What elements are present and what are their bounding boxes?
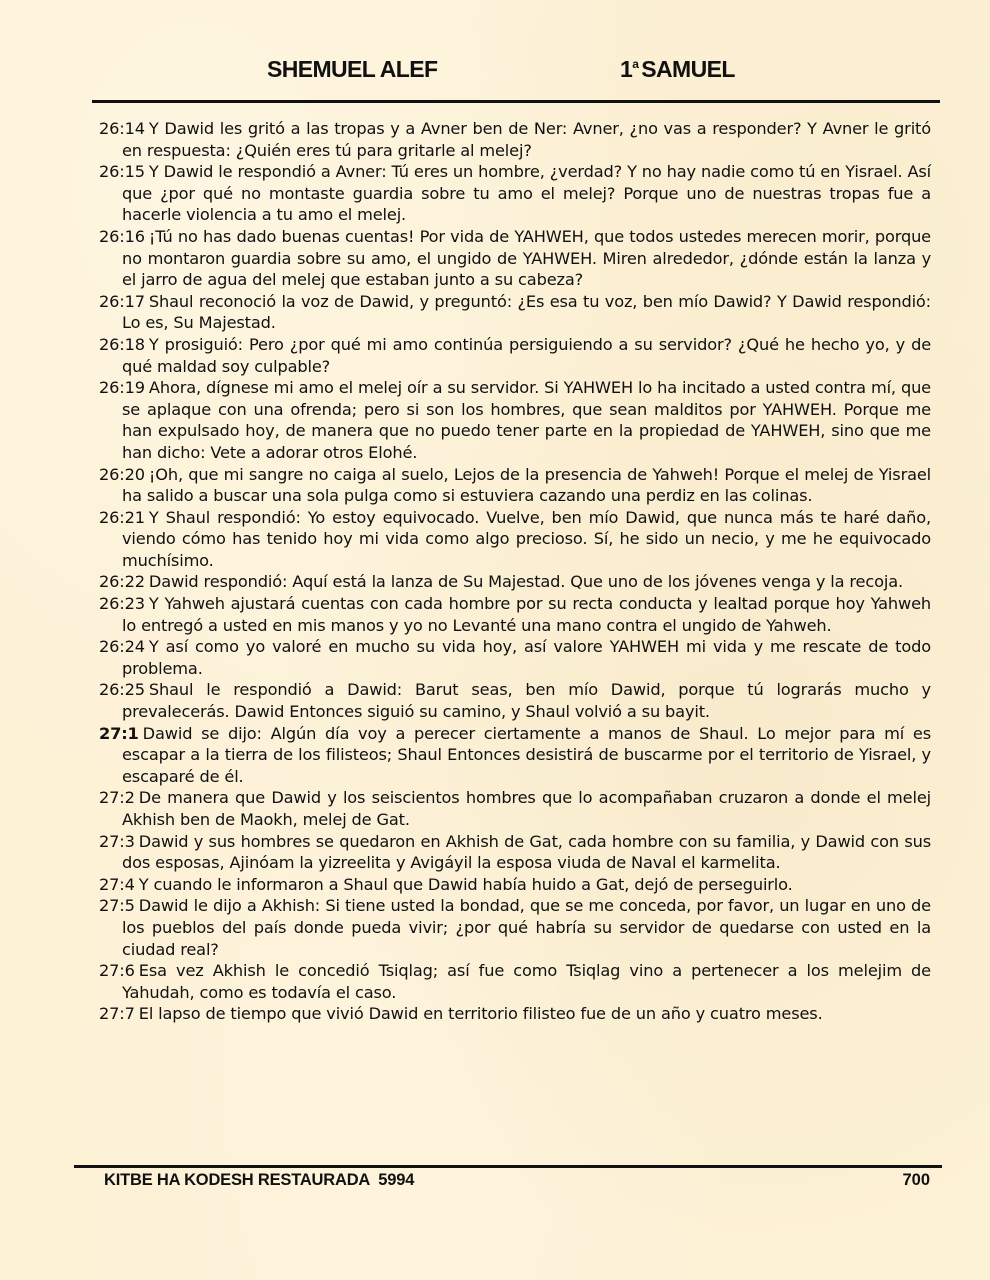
- verse: 26:22Dawid respondió: Aquí está la lanza…: [99, 571, 931, 593]
- verse-reference: 27:3: [99, 832, 135, 851]
- verse-reference: 26:15: [99, 162, 145, 181]
- verse-text: El lapso de tiempo que vivió Dawid en te…: [139, 1004, 823, 1023]
- verse: 27:4Y cuando le informaron a Shaul que D…: [99, 874, 931, 896]
- verse-reference: 26:19: [99, 378, 145, 397]
- verse-text: Dawid respondió: Aquí está la lanza de S…: [149, 572, 903, 591]
- verse-list: 26:14Y Dawid les gritó a las tropas y a …: [99, 118, 931, 1025]
- verse: 26:24Y así como yo valoré en mucho su vi…: [99, 636, 931, 679]
- verse-reference: 26:21: [99, 508, 145, 527]
- verse-text: Dawid y sus hombres se quedaron en Akhis…: [122, 832, 931, 873]
- footer-divider: [74, 1165, 942, 1168]
- verse-text: ¡Oh, que mi sangre no caiga al suelo, Le…: [122, 465, 931, 506]
- verse-text: Shaul le respondió a Dawid: Barut seas, …: [122, 680, 931, 721]
- verse-text: Y así como yo valoré en mucho su vida ho…: [122, 637, 931, 678]
- verse: 26:15Y Dawid le respondió a Avner: Tú er…: [99, 161, 931, 226]
- book-number: 1: [620, 56, 632, 82]
- verse: 26:19Ahora, dígnese mi amo el melej oír …: [99, 377, 931, 463]
- book-title-spanish: 1aSAMUEL: [620, 56, 735, 83]
- verse-reference: 26:14: [99, 119, 145, 138]
- verse: 26:23Y Yahweh ajustará cuentas con cada …: [99, 593, 931, 636]
- chapter-verse-reference: 27:1: [99, 724, 139, 743]
- verse: 26:21Y Shaul respondió: Yo estoy equivoc…: [99, 507, 931, 572]
- verse-text: Y prosiguió: Pero ¿por qué mi amo contin…: [122, 335, 931, 376]
- verse: 26:20¡Oh, que mi sangre no caiga al suel…: [99, 464, 931, 507]
- verse-reference: 26:23: [99, 594, 145, 613]
- verse-reference: 26:18: [99, 335, 145, 354]
- verse: 26:25Shaul le respondió a Dawid: Barut s…: [99, 679, 931, 722]
- verse-text: ¡Tú no has dado buenas cuentas! Por vida…: [122, 227, 931, 289]
- verse-text: Ahora, dígnese mi amo el melej oír a su …: [122, 378, 931, 462]
- verse-text: Shaul reconoció la voz de Dawid, y pregu…: [122, 292, 931, 333]
- verse-reference: 27:6: [99, 961, 135, 980]
- verse-reference: 26:16: [99, 227, 145, 246]
- verse-reference: 27:2: [99, 788, 135, 807]
- verse-text: Esa vez Akhish le concedió Tsiqlag; así …: [122, 961, 931, 1002]
- verse: 27:2De manera que Dawid y los seisciento…: [99, 787, 931, 830]
- verse-text: Y cuando le informaron a Shaul que Dawid…: [139, 875, 793, 894]
- book-name: SAMUEL: [641, 56, 735, 82]
- verse: 26:18Y prosiguió: Pero ¿por qué mi amo c…: [99, 334, 931, 377]
- verse-reference: 27:5: [99, 896, 135, 915]
- book-title-hebrew: SHEMUEL ALEF: [267, 56, 437, 83]
- verse-text: Dawid le dijo a Akhish: Si tiene usted l…: [122, 896, 931, 958]
- verse-text: De manera que Dawid y los seiscientos ho…: [122, 788, 931, 829]
- verse-reference: 26:22: [99, 572, 145, 591]
- verse: 27:6Esa vez Akhish le concedió Tsiqlag; …: [99, 960, 931, 1003]
- verse: 26:16¡Tú no has dado buenas cuentas! Por…: [99, 226, 931, 291]
- verse-reference: 26:25: [99, 680, 145, 699]
- verse: 27:7El lapso de tiempo que vivió Dawid e…: [99, 1003, 931, 1025]
- verse-reference: 26:24: [99, 637, 145, 656]
- verse: 27:5Dawid le dijo a Akhish: Si tiene ust…: [99, 895, 931, 960]
- verse-text: Y Dawid le respondió a Avner: Tú eres un…: [122, 162, 931, 224]
- verse-reference: 26:17: [99, 292, 145, 311]
- verse: 26:17Shaul reconoció la voz de Dawid, y …: [99, 291, 931, 334]
- verse: 26:14Y Dawid les gritó a las tropas y a …: [99, 118, 931, 161]
- footer-book-title: KITBE HA KODESH RESTAURADA 5994: [104, 1171, 414, 1190]
- verse-text: Y Dawid les gritó a las tropas y a Avner…: [122, 119, 931, 160]
- page-number: 700: [902, 1171, 930, 1190]
- verse-text: Y Shaul respondió: Yo estoy equivocado. …: [122, 508, 931, 570]
- ordinal-superscript: a: [632, 57, 638, 71]
- verse-text: Y Yahweh ajustará cuentas con cada hombr…: [122, 594, 931, 635]
- verse: 27:3Dawid y sus hombres se quedaron en A…: [99, 831, 931, 874]
- verse-chapter-start: 27:1Dawid se dijo: Algún día voy a perec…: [99, 723, 931, 788]
- verse-text: Dawid se dijo: Algún día voy a perecer c…: [122, 724, 931, 786]
- verse-reference: 26:20: [99, 465, 145, 484]
- verse-reference: 27:4: [99, 875, 135, 894]
- verse-reference: 27:7: [99, 1004, 135, 1023]
- page-header: SHEMUEL ALEF 1aSAMUEL: [0, 56, 990, 90]
- header-divider: [92, 100, 940, 103]
